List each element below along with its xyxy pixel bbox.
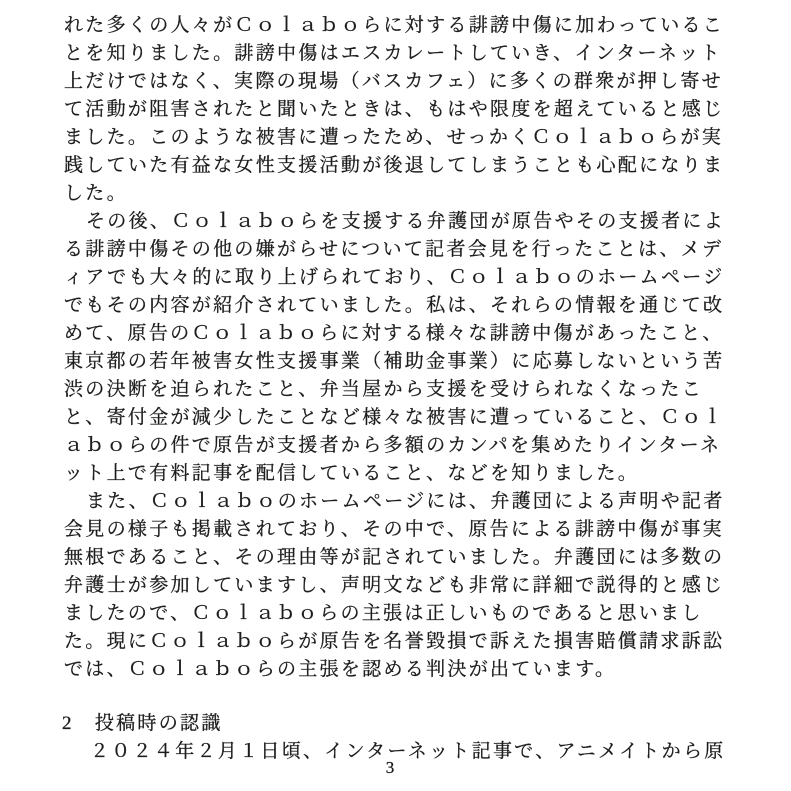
paragraph-line: した。 <box>64 180 734 208</box>
paragraph-line: と、寄付金が減少したことなど様々な被害に遭っていること、Ｃｏｌ <box>64 404 734 432</box>
paragraph-line: 無根であること、その理由等が記されていました。弁護団には多数の <box>64 544 734 572</box>
paragraph-line: では、Ｃｏｌａｂｏらの主張を認める判決が出ています。 <box>64 656 734 684</box>
paragraph-line: る誹謗中傷その他の嫌がらせについて記者会見を行ったことは、メデ <box>64 236 734 264</box>
paragraph-line: 会見の様子も掲載されており、その中で、原告による誹謗中傷が事実 <box>64 516 734 544</box>
paragraph-line: めて、原告のＣｏｌａｂｏらに対する様々な誹謗中傷があったこと、 <box>64 320 734 348</box>
paragraph-line: また、Ｃｏｌａｂｏのホームページには、弁護団による声明や記者 <box>64 488 734 516</box>
paragraph-line: 東京都の若年被害女性支援事業（補助金事業）に応募しないという苦 <box>64 348 734 376</box>
paragraph-line: た。現にＣｏｌａｂｏらが原告を名誉毀損で訴えた損害賠償請求訴訟 <box>64 628 734 656</box>
document-body: れた多くの人々がＣｏｌａｂｏらに対する誹謗中傷に加わっていることを知りました。誹… <box>64 12 734 684</box>
paragraph-line: ット上で有料記事を配信していること、などを知りました。 <box>64 460 734 488</box>
page-number: 3 <box>0 757 780 779</box>
paragraph-line: ましたので、Ｃｏｌａｂｏらの主張は正しいものであると思いまし <box>64 600 734 628</box>
paragraph-line: 上だけではなく、実際の現場（バスカフェ）に多くの群衆が押し寄せ <box>64 68 734 96</box>
paragraph-line: ィアでも大々的に取り上げられており、Ｃｏｌａｂｏのホームページ <box>64 264 734 292</box>
paragraph-line: て活動が阻害されたと聞いたときは、もはや限度を超えていると感じ <box>64 96 734 124</box>
section-title: 投稿時の認識 <box>95 713 223 734</box>
paragraph-line: 渋の決断を迫られたこと、弁当屋から支援を受けられなくなったこ <box>64 376 734 404</box>
paragraph-line: ａｂｏらの件で原告が支援者から多額のカンパを集めたりインターネ <box>64 432 734 460</box>
paragraph-line: とを知りました。誹謗中傷はエスカレートしていき、インターネット <box>64 40 734 68</box>
paragraph-line: れた多くの人々がＣｏｌａｂｏらに対する誹謗中傷に加わっているこ <box>64 12 734 40</box>
paragraph-line: ました。このような被害に遭ったため、せっかくＣｏｌａｂｏらが実 <box>64 124 734 152</box>
section-number: 2 <box>62 710 74 738</box>
section-heading: 2投稿時の認識 <box>62 710 223 738</box>
paragraph-line: その後、Ｃｏｌａｂｏらを支援する弁護団が原告やその支援者によ <box>64 208 734 236</box>
paragraph-line: 弁護士が参加していますし、声明文なども非常に詳細で説得的と感じ <box>64 572 734 600</box>
paragraph-line: でもその内容が紹介されていました。私は、それらの情報を通じて改 <box>64 292 734 320</box>
paragraph-line: 践していた有益な女性支援活動が後退してしまうことも心配になりま <box>64 152 734 180</box>
document-page: れた多くの人々がＣｏｌａｂｏらに対する誹謗中傷に加わっていることを知りました。誹… <box>0 0 791 791</box>
